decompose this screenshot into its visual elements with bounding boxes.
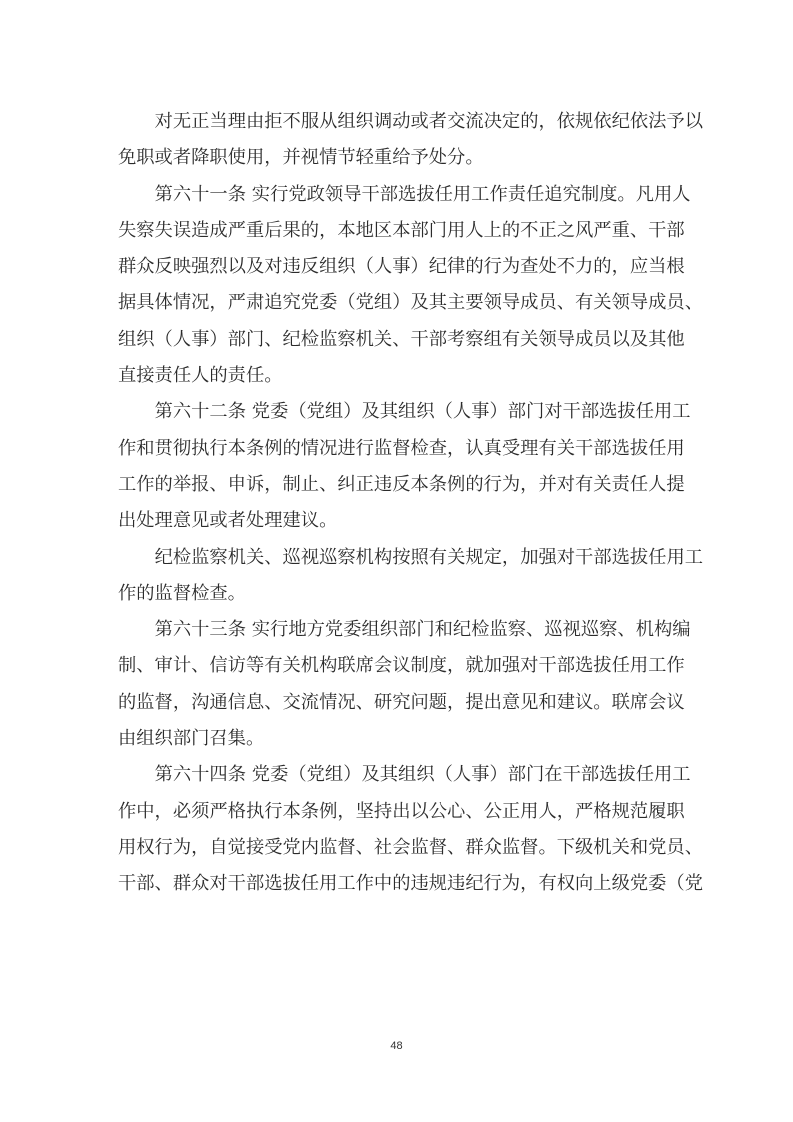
article-62: 第六十二条 党委（党组）及其组织（人事）部门对干部选拔任用工 作和贯彻执行本条例… — [118, 394, 676, 539]
article-63: 第六十三条 实行地方党委组织部门和纪检监察、巡视巡察、机构编 制、审计、信访等有… — [118, 612, 676, 757]
text-line: 由组织部门召集。 — [118, 721, 676, 757]
text-line: 工作的举报、申诉，制止、纠正违反本条例的行为，并对有关责任人提 — [118, 467, 676, 503]
paragraph-dismissal: 对无正当理由拒不服从组织调动或者交流决定的，依规依纪依法予以 免职或者降职使用，… — [118, 104, 676, 177]
text-line: 作中，必须严格执行本条例，坚持出以公心、公正用人，严格规范履职 — [118, 794, 676, 830]
article-heading-line: 第六十二条 党委（党组）及其组织（人事）部门对干部选拔任用工 — [118, 394, 676, 430]
text-line: 失察失误造成严重后果的，本地区本部门用人上的不正之风严重、干部 — [118, 213, 676, 249]
article-heading-line: 第六十四条 党委（党组）及其组织（人事）部门在干部选拔任用工 — [118, 757, 676, 793]
article-heading-line: 第六十三条 实行地方党委组织部门和纪检监察、巡视巡察、机构编 — [118, 612, 676, 648]
text-line: 直接责任人的责任。 — [118, 358, 676, 394]
text-line: 出处理意见或者处理建议。 — [118, 503, 676, 539]
document-body: 对无正当理由拒不服从组织调动或者交流决定的，依规依纪依法予以 免职或者降职使用，… — [118, 104, 676, 903]
article-64: 第六十四条 党委（党组）及其组织（人事）部门在干部选拔任用工 作中，必须严格执行… — [118, 757, 676, 902]
text-line: 对无正当理由拒不服从组织调动或者交流决定的，依规依纪依法予以 — [118, 104, 676, 140]
text-line: 组织（人事）部门、纪检监察机关、干部考察组有关领导成员以及其他 — [118, 322, 676, 358]
text-line: 的监督，沟通信息、交流情况、研究问题，提出意见和建议。联席会议 — [118, 685, 676, 721]
text-line: 免职或者降职使用，并视情节轻重给予处分。 — [118, 140, 676, 176]
paragraph-inspection: 纪检监察机关、巡视巡察机构按照有关规定，加强对干部选拔任用工 作的监督检查。 — [118, 540, 676, 613]
article-heading-line: 第六十一条 实行党政领导干部选拔任用工作责任追究制度。凡用人 — [118, 177, 676, 213]
page-number: 48 — [0, 1040, 793, 1052]
text-line: 用权行为，自觉接受党内监督、社会监督、群众监督。下级机关和党员、 — [118, 830, 676, 866]
text-line: 干部、群众对干部选拔任用工作中的违规违纪行为，有权向上级党委（党 — [118, 866, 676, 902]
text-line: 作和贯彻执行本条例的情况进行监督检查，认真受理有关干部选拔任用 — [118, 431, 676, 467]
text-line: 作的监督检查。 — [118, 576, 676, 612]
text-line: 据具体情况，严肃追究党委（党组）及其主要领导成员、有关领导成员、 — [118, 285, 676, 321]
text-line: 群众反映强烈以及对违反组织（人事）纪律的行为查处不力的，应当根 — [118, 249, 676, 285]
document-page: 对无正当理由拒不服从组织调动或者交流决定的，依规依纪依法予以 免职或者降职使用，… — [0, 0, 793, 1122]
text-line: 纪检监察机关、巡视巡察机构按照有关规定，加强对干部选拔任用工 — [118, 540, 676, 576]
article-61: 第六十一条 实行党政领导干部选拔任用工作责任追究制度。凡用人 失察失误造成严重后… — [118, 177, 676, 395]
text-line: 制、审计、信访等有关机构联席会议制度，就加强对干部选拔任用工作 — [118, 648, 676, 684]
